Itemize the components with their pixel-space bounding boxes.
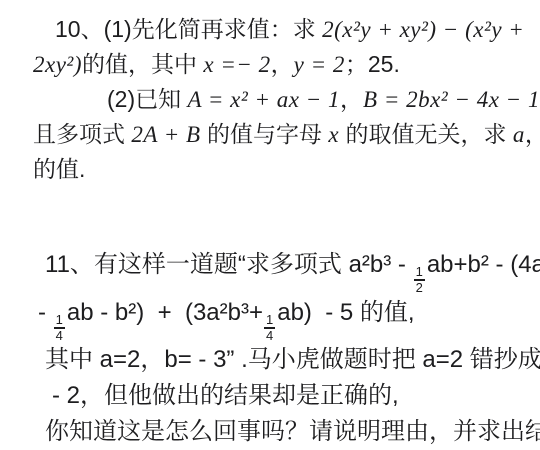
problem-10-text: ，	[271, 51, 294, 77]
problem-10-text: ，	[340, 86, 363, 112]
fraction-one-half: 12	[414, 265, 425, 294]
problem-10-text: 10、(1)先化简再求值：求	[55, 16, 322, 42]
math-expression: A = x² + ax − 1	[188, 87, 341, 112]
problem-11-text: ab+b² - (4a²b³	[427, 251, 540, 278]
problem-10-line-4: 且多项式 2A + B 的值与字母 x 的取值无关，求 a，b	[33, 117, 540, 152]
problem-10-text: 的值，其中	[82, 51, 203, 77]
math-expression: B = 2bx² − 4x − 1	[363, 87, 540, 112]
math-expression: x	[328, 122, 339, 147]
problem-10: 10、(1)先化简再求值：求 2(x²y + xy²) − (x²y + 2xy…	[0, 0, 540, 187]
math-expression: y = 2	[294, 52, 345, 77]
problem-11-line-5: 你知道这是怎么回事吗？请说明理由，并求出结果.	[45, 414, 540, 450]
fraction-denominator: 4	[264, 329, 275, 343]
fraction-numerator: 1	[264, 313, 275, 329]
problem-10-text: 的值.	[33, 156, 85, 182]
fraction-numerator: 1	[414, 265, 425, 281]
problem-11-text: 11、有这样一道题“求多项式 a²b³ -	[45, 251, 413, 278]
problem-10-line-5: 的值.	[33, 152, 540, 187]
problem-10-line-3: (2)已知 A = x² + ax − 1，B = 2bx² − 4x − 1，	[107, 82, 540, 117]
problem-11-text: ab) - 5 的值,	[277, 299, 414, 326]
fraction-denominator: 2	[414, 281, 425, 295]
problem-11-line-1: 11、有这样一道题“求多项式 a²b³ - 12ab+b² - (4a²b³	[45, 247, 540, 295]
fraction-numerator: 1	[54, 313, 65, 329]
problem-10-text: 的值与字母	[201, 121, 329, 147]
problem-11-line-4: - 2，但他做出的结果却是正确的,	[52, 378, 540, 414]
math-expression: 2A + B	[131, 122, 200, 147]
problem-10-text: ；25.	[345, 51, 400, 77]
fraction-one-quarter: 14	[54, 313, 65, 342]
math-expression: 2xy²)	[33, 52, 82, 77]
problem-10-text: ，	[525, 121, 540, 147]
problem-11-text: - 2，但他做出的结果却是正确的,	[52, 382, 399, 409]
fraction-one-quarter: 14	[264, 313, 275, 342]
problem-10-text: 且多项式	[33, 121, 131, 147]
problem-10-line-1: 10、(1)先化简再求值：求 2(x²y + xy²) − (x²y +	[55, 12, 540, 47]
problem-10-text: 的取值无关，求	[339, 121, 513, 147]
fraction-denominator: 4	[54, 329, 65, 343]
problem-11-text: -	[38, 299, 53, 326]
problem-11-line-2: - 14ab - b²) + (3a²b³+14ab) - 5 的值,	[38, 295, 540, 343]
problem-10-text: (2)已知	[107, 86, 188, 112]
math-expression: x =− 2	[203, 52, 270, 77]
problem-11: 11、有这样一道题“求多项式 a²b³ - 12ab+b² - (4a²b³ -…	[0, 247, 540, 450]
math-expression: 2(x²y + xy²) − (x²y +	[322, 17, 524, 42]
problem-11-line-3: 其中 a=2，b= - 3” .马小虎做题时把 a=2 错抄成 a=	[45, 342, 540, 378]
problem-11-text: ab - b²) + (3a²b³+	[67, 299, 263, 326]
problem-11-text: 其中 a=2，b= - 3” .马小虎做题时把 a=2 错抄成 a=	[45, 346, 540, 373]
document-page: 10、(1)先化简再求值：求 2(x²y + xy²) − (x²y + 2xy…	[0, 0, 540, 450]
problem-11-text: 你知道这是怎么回事吗？请说明理由，并求出结果.	[45, 418, 540, 445]
math-expression: a	[513, 122, 525, 147]
problem-10-line-2: 2xy²)的值，其中 x =− 2，y = 2；25.	[33, 47, 540, 82]
